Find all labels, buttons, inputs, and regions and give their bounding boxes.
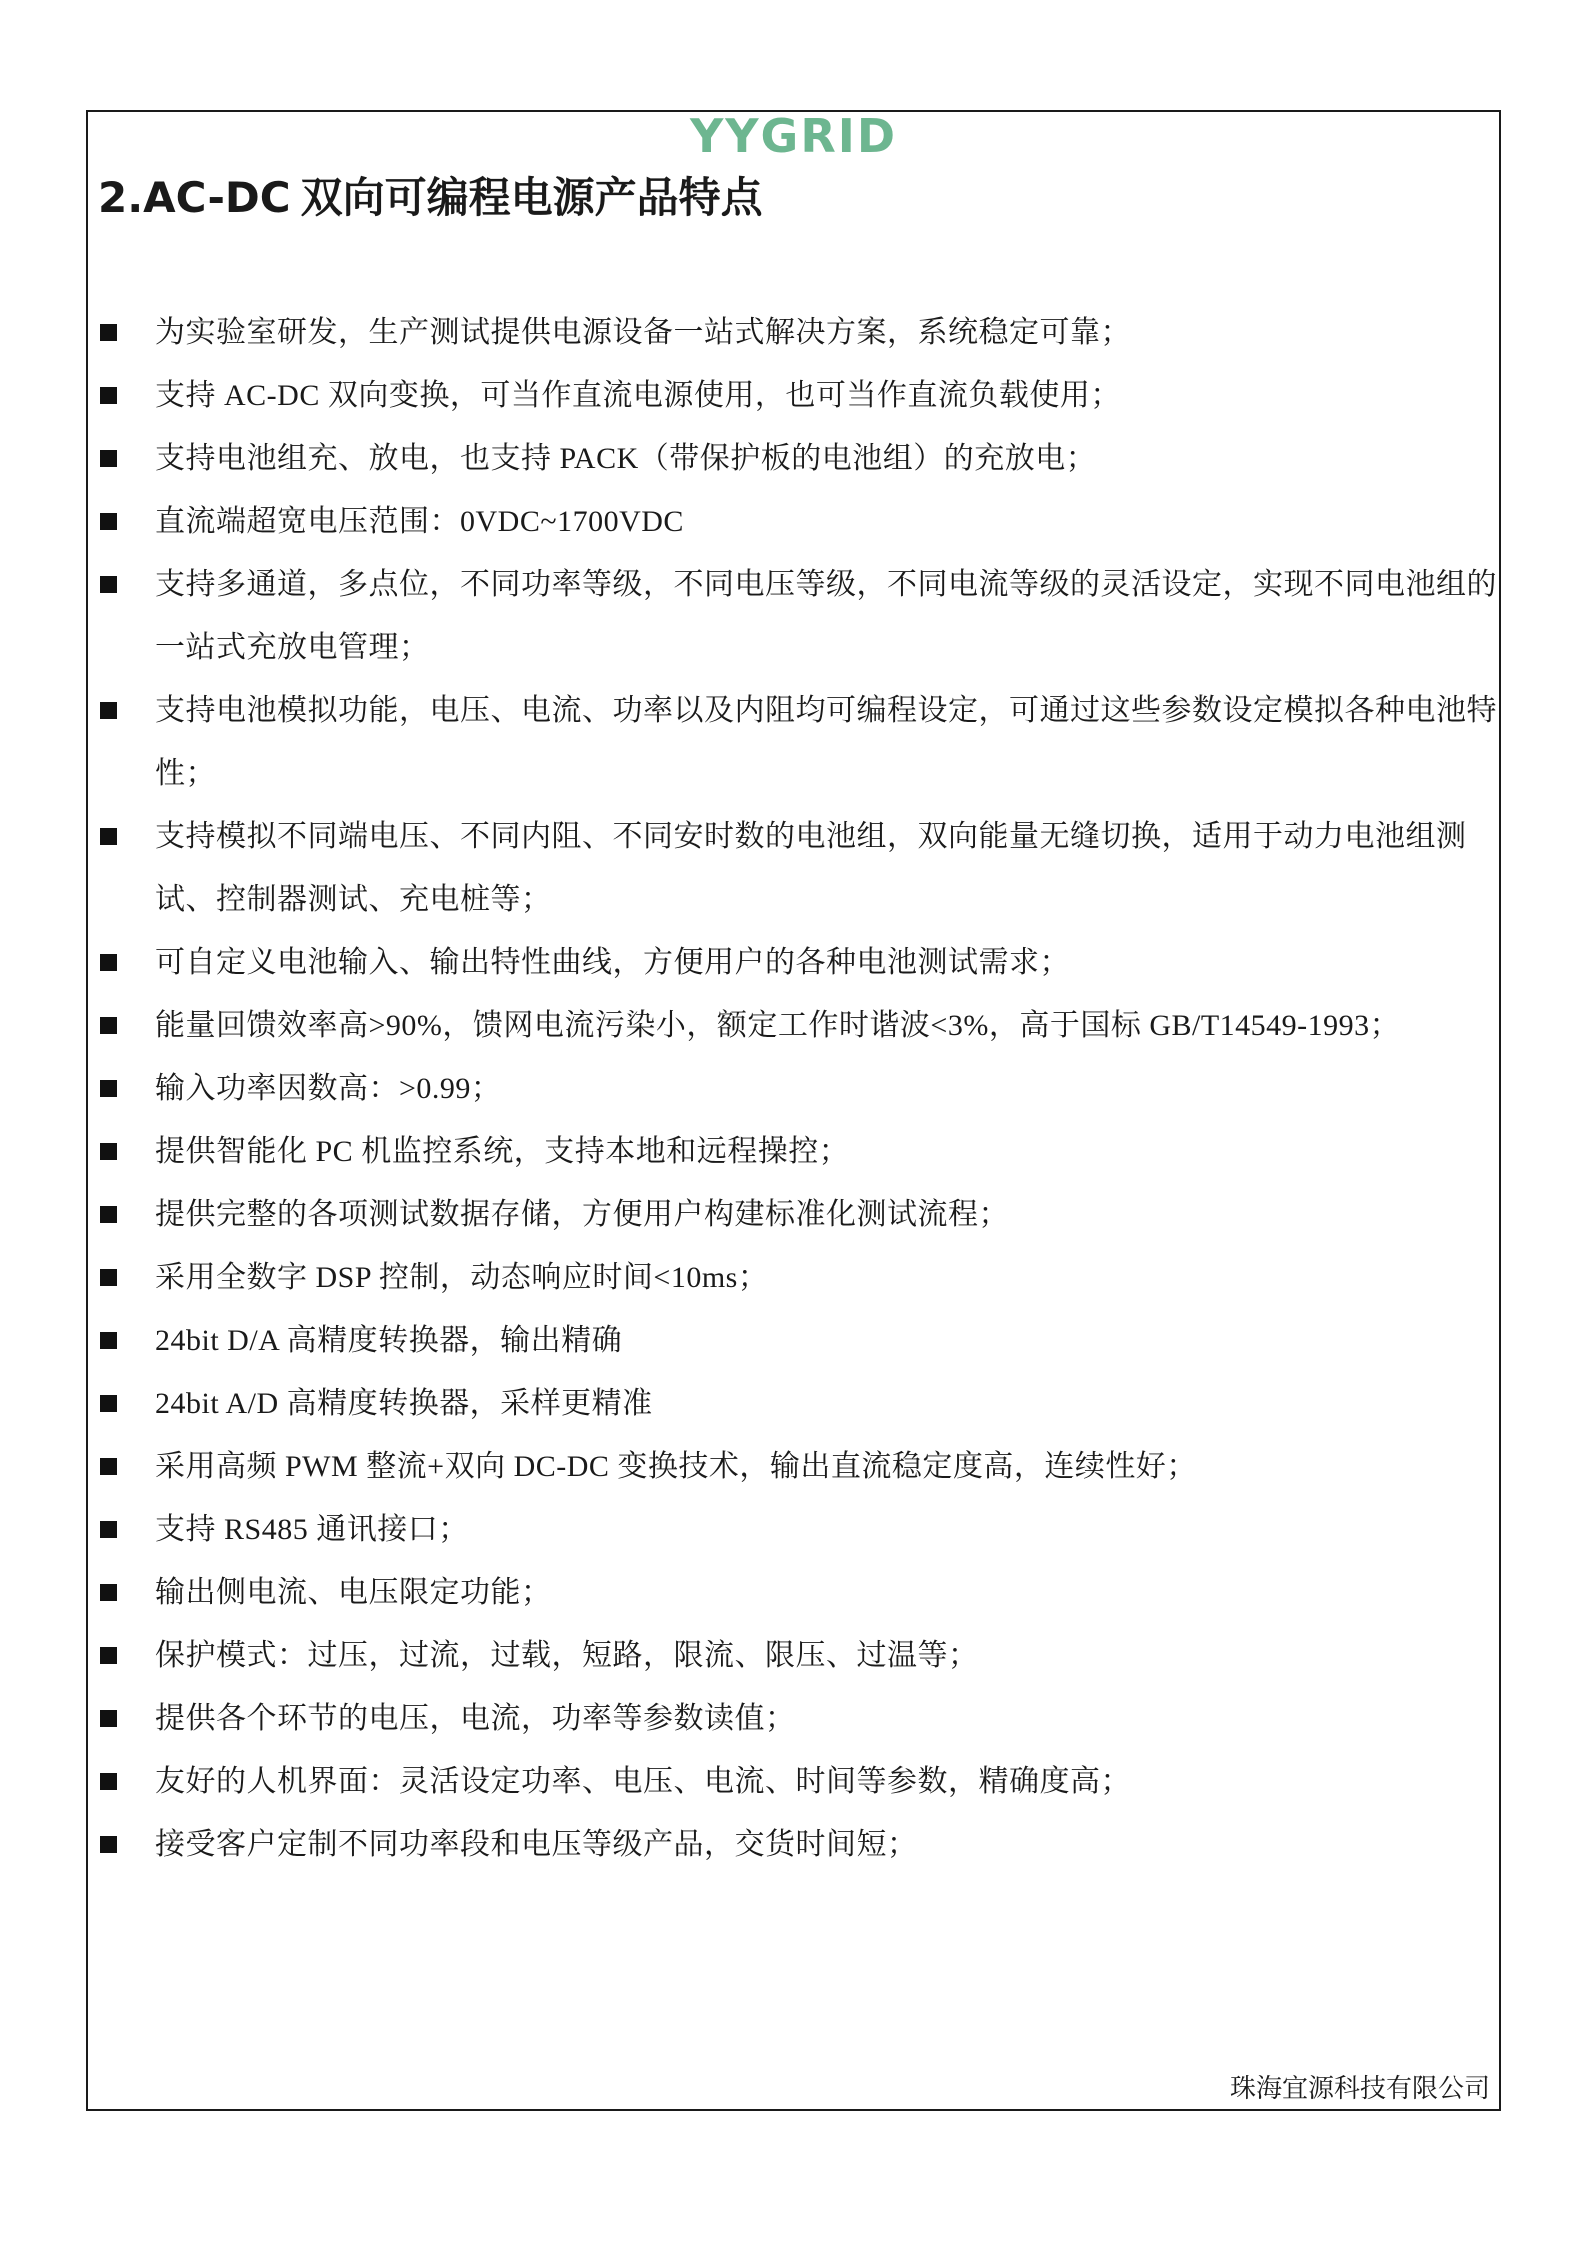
- feature-item: 提供完整的各项测试数据存储，方便用户构建标准化测试流程；: [100, 1183, 1500, 1246]
- bullet-square-icon: [100, 1269, 117, 1286]
- feature-item: 支持 RS485 通讯接口；: [100, 1498, 1500, 1561]
- feature-item: 支持电池模拟功能，电压、电流、功率以及内阻均可编程设定，可通过这些参数设定模拟各…: [100, 679, 1500, 805]
- feature-item: 提供各个环节的电压，电流，功率等参数读值；: [100, 1687, 1500, 1750]
- feature-text: 采用全数字 DSP 控制，动态响应时间<10ms；: [155, 1246, 1500, 1309]
- feature-text: 直流端超宽电压范围：0VDC~1700VDC: [155, 490, 1500, 553]
- feature-text: 支持 RS485 通讯接口；: [155, 1498, 1500, 1561]
- feature-item: 输入功率因数高：>0.99；: [100, 1057, 1500, 1120]
- bullet-square-icon: [100, 450, 117, 467]
- feature-text: 能量回馈效率高>90%，馈网电流污染小，额定工作时谐波<3%，高于国标 GB/T…: [155, 994, 1500, 1057]
- feature-item: 直流端超宽电压范围：0VDC~1700VDC: [100, 490, 1500, 553]
- section-title: 2.AC-DC双向可编程电源产品特点: [98, 172, 1478, 225]
- feature-text: 支持模拟不同端电压、不同内阻、不同安时数的电池组，双向能量无缝切换，适用于动力电…: [155, 805, 1500, 931]
- section-number: 2.AC-DC: [98, 173, 291, 222]
- feature-item: 接受客户定制不同功率段和电压等级产品，交货时间短；: [100, 1813, 1500, 1876]
- bullet-square-icon: [100, 387, 117, 404]
- feature-item: 输出侧电流、电压限定功能；: [100, 1561, 1500, 1624]
- feature-text: 保护模式：过压，过流，过载，短路，限流、限压、过温等；: [155, 1624, 1500, 1687]
- feature-text: 支持 AC-DC 双向变换，可当作直流电源使用，也可当作直流负载使用；: [155, 364, 1500, 427]
- bullet-square-icon: [100, 1710, 117, 1727]
- bullet-square-icon: [100, 1206, 117, 1223]
- feature-text: 输出侧电流、电压限定功能；: [155, 1561, 1500, 1624]
- footer-company-name: 珠海宜源科技有限公司: [98, 2072, 1490, 2106]
- bullet-square-icon: [100, 1458, 117, 1475]
- feature-text: 输入功率因数高：>0.99；: [155, 1057, 1500, 1120]
- bullet-square-icon: [100, 1143, 117, 1160]
- feature-item: 支持模拟不同端电压、不同内阻、不同安时数的电池组，双向能量无缝切换，适用于动力电…: [100, 805, 1500, 931]
- bullet-square-icon: [100, 1773, 117, 1790]
- bullet-square-icon: [100, 576, 117, 593]
- feature-text: 采用高频 PWM 整流+双向 DC-DC 变换技术，输出直流稳定度高，连续性好；: [155, 1435, 1500, 1498]
- bullet-square-icon: [100, 324, 117, 341]
- feature-item: 可自定义电池输入、输出特性曲线，方便用户的各种电池测试需求；: [100, 931, 1500, 994]
- feature-item: 能量回馈效率高>90%，馈网电流污染小，额定工作时谐波<3%，高于国标 GB/T…: [100, 994, 1500, 1057]
- feature-text: 24bit D/A 高精度转换器，输出精确: [155, 1309, 1500, 1372]
- feature-text: 提供完整的各项测试数据存储，方便用户构建标准化测试流程；: [155, 1183, 1500, 1246]
- feature-text: 接受客户定制不同功率段和电压等级产品，交货时间短；: [155, 1813, 1500, 1876]
- bullet-square-icon: [100, 1521, 117, 1538]
- bullet-square-icon: [100, 1080, 117, 1097]
- bullet-square-icon: [100, 828, 117, 845]
- feature-item: 采用高频 PWM 整流+双向 DC-DC 变换技术，输出直流稳定度高，连续性好；: [100, 1435, 1500, 1498]
- feature-item: 支持电池组充、放电，也支持 PACK（带保护板的电池组）的充放电；: [100, 427, 1500, 490]
- bullet-square-icon: [100, 1836, 117, 1853]
- bullet-square-icon: [100, 513, 117, 530]
- feature-item: 友好的人机界面：灵活设定功率、电压、电流、时间等参数，精确度高；: [100, 1750, 1500, 1813]
- section-title-text: 双向可编程电源产品特点: [301, 176, 763, 222]
- bullet-square-icon: [100, 1395, 117, 1412]
- feature-item: 24bit D/A 高精度转换器，输出精确: [100, 1309, 1500, 1372]
- feature-text: 24bit A/D 高精度转换器，采样更精准: [155, 1372, 1500, 1435]
- feature-text: 支持电池模拟功能，电压、电流、功率以及内阻均可编程设定，可通过这些参数设定模拟各…: [155, 679, 1500, 805]
- bullet-square-icon: [100, 702, 117, 719]
- feature-item: 提供智能化 PC 机监控系统，支持本地和远程操控；: [100, 1120, 1500, 1183]
- feature-item: 24bit A/D 高精度转换器，采样更精准: [100, 1372, 1500, 1435]
- feature-item: 支持多通道，多点位，不同功率等级，不同电压等级，不同电流等级的灵活设定，实现不同…: [100, 553, 1500, 679]
- feature-text: 为实验室研发，生产测试提供电源设备一站式解决方案，系统稳定可靠；: [155, 301, 1500, 364]
- feature-text: 可自定义电池输入、输出特性曲线，方便用户的各种电池测试需求；: [155, 931, 1500, 994]
- feature-text: 支持电池组充、放电，也支持 PACK（带保护板的电池组）的充放电；: [155, 427, 1500, 490]
- bullet-square-icon: [100, 954, 117, 971]
- feature-item: 支持 AC-DC 双向变换，可当作直流电源使用，也可当作直流负载使用；: [100, 364, 1500, 427]
- bullet-square-icon: [100, 1017, 117, 1034]
- feature-item: 为实验室研发，生产测试提供电源设备一站式解决方案，系统稳定可靠；: [100, 301, 1500, 364]
- bullet-square-icon: [100, 1332, 117, 1349]
- feature-text: 支持多通道，多点位，不同功率等级，不同电压等级，不同电流等级的灵活设定，实现不同…: [155, 553, 1500, 679]
- feature-item: 保护模式：过压，过流，过载，短路，限流、限压、过温等；: [100, 1624, 1500, 1687]
- feature-text: 提供各个环节的电压，电流，功率等参数读值；: [155, 1687, 1500, 1750]
- feature-list: 为实验室研发，生产测试提供电源设备一站式解决方案，系统稳定可靠；支持 AC-DC…: [100, 301, 1500, 1876]
- feature-item: 采用全数字 DSP 控制，动态响应时间<10ms；: [100, 1246, 1500, 1309]
- company-logo: YYGRID: [0, 108, 1587, 164]
- feature-text: 友好的人机界面：灵活设定功率、电压、电流、时间等参数，精确度高；: [155, 1750, 1500, 1813]
- bullet-square-icon: [100, 1647, 117, 1664]
- bullet-square-icon: [100, 1584, 117, 1601]
- feature-text: 提供智能化 PC 机监控系统，支持本地和远程操控；: [155, 1120, 1500, 1183]
